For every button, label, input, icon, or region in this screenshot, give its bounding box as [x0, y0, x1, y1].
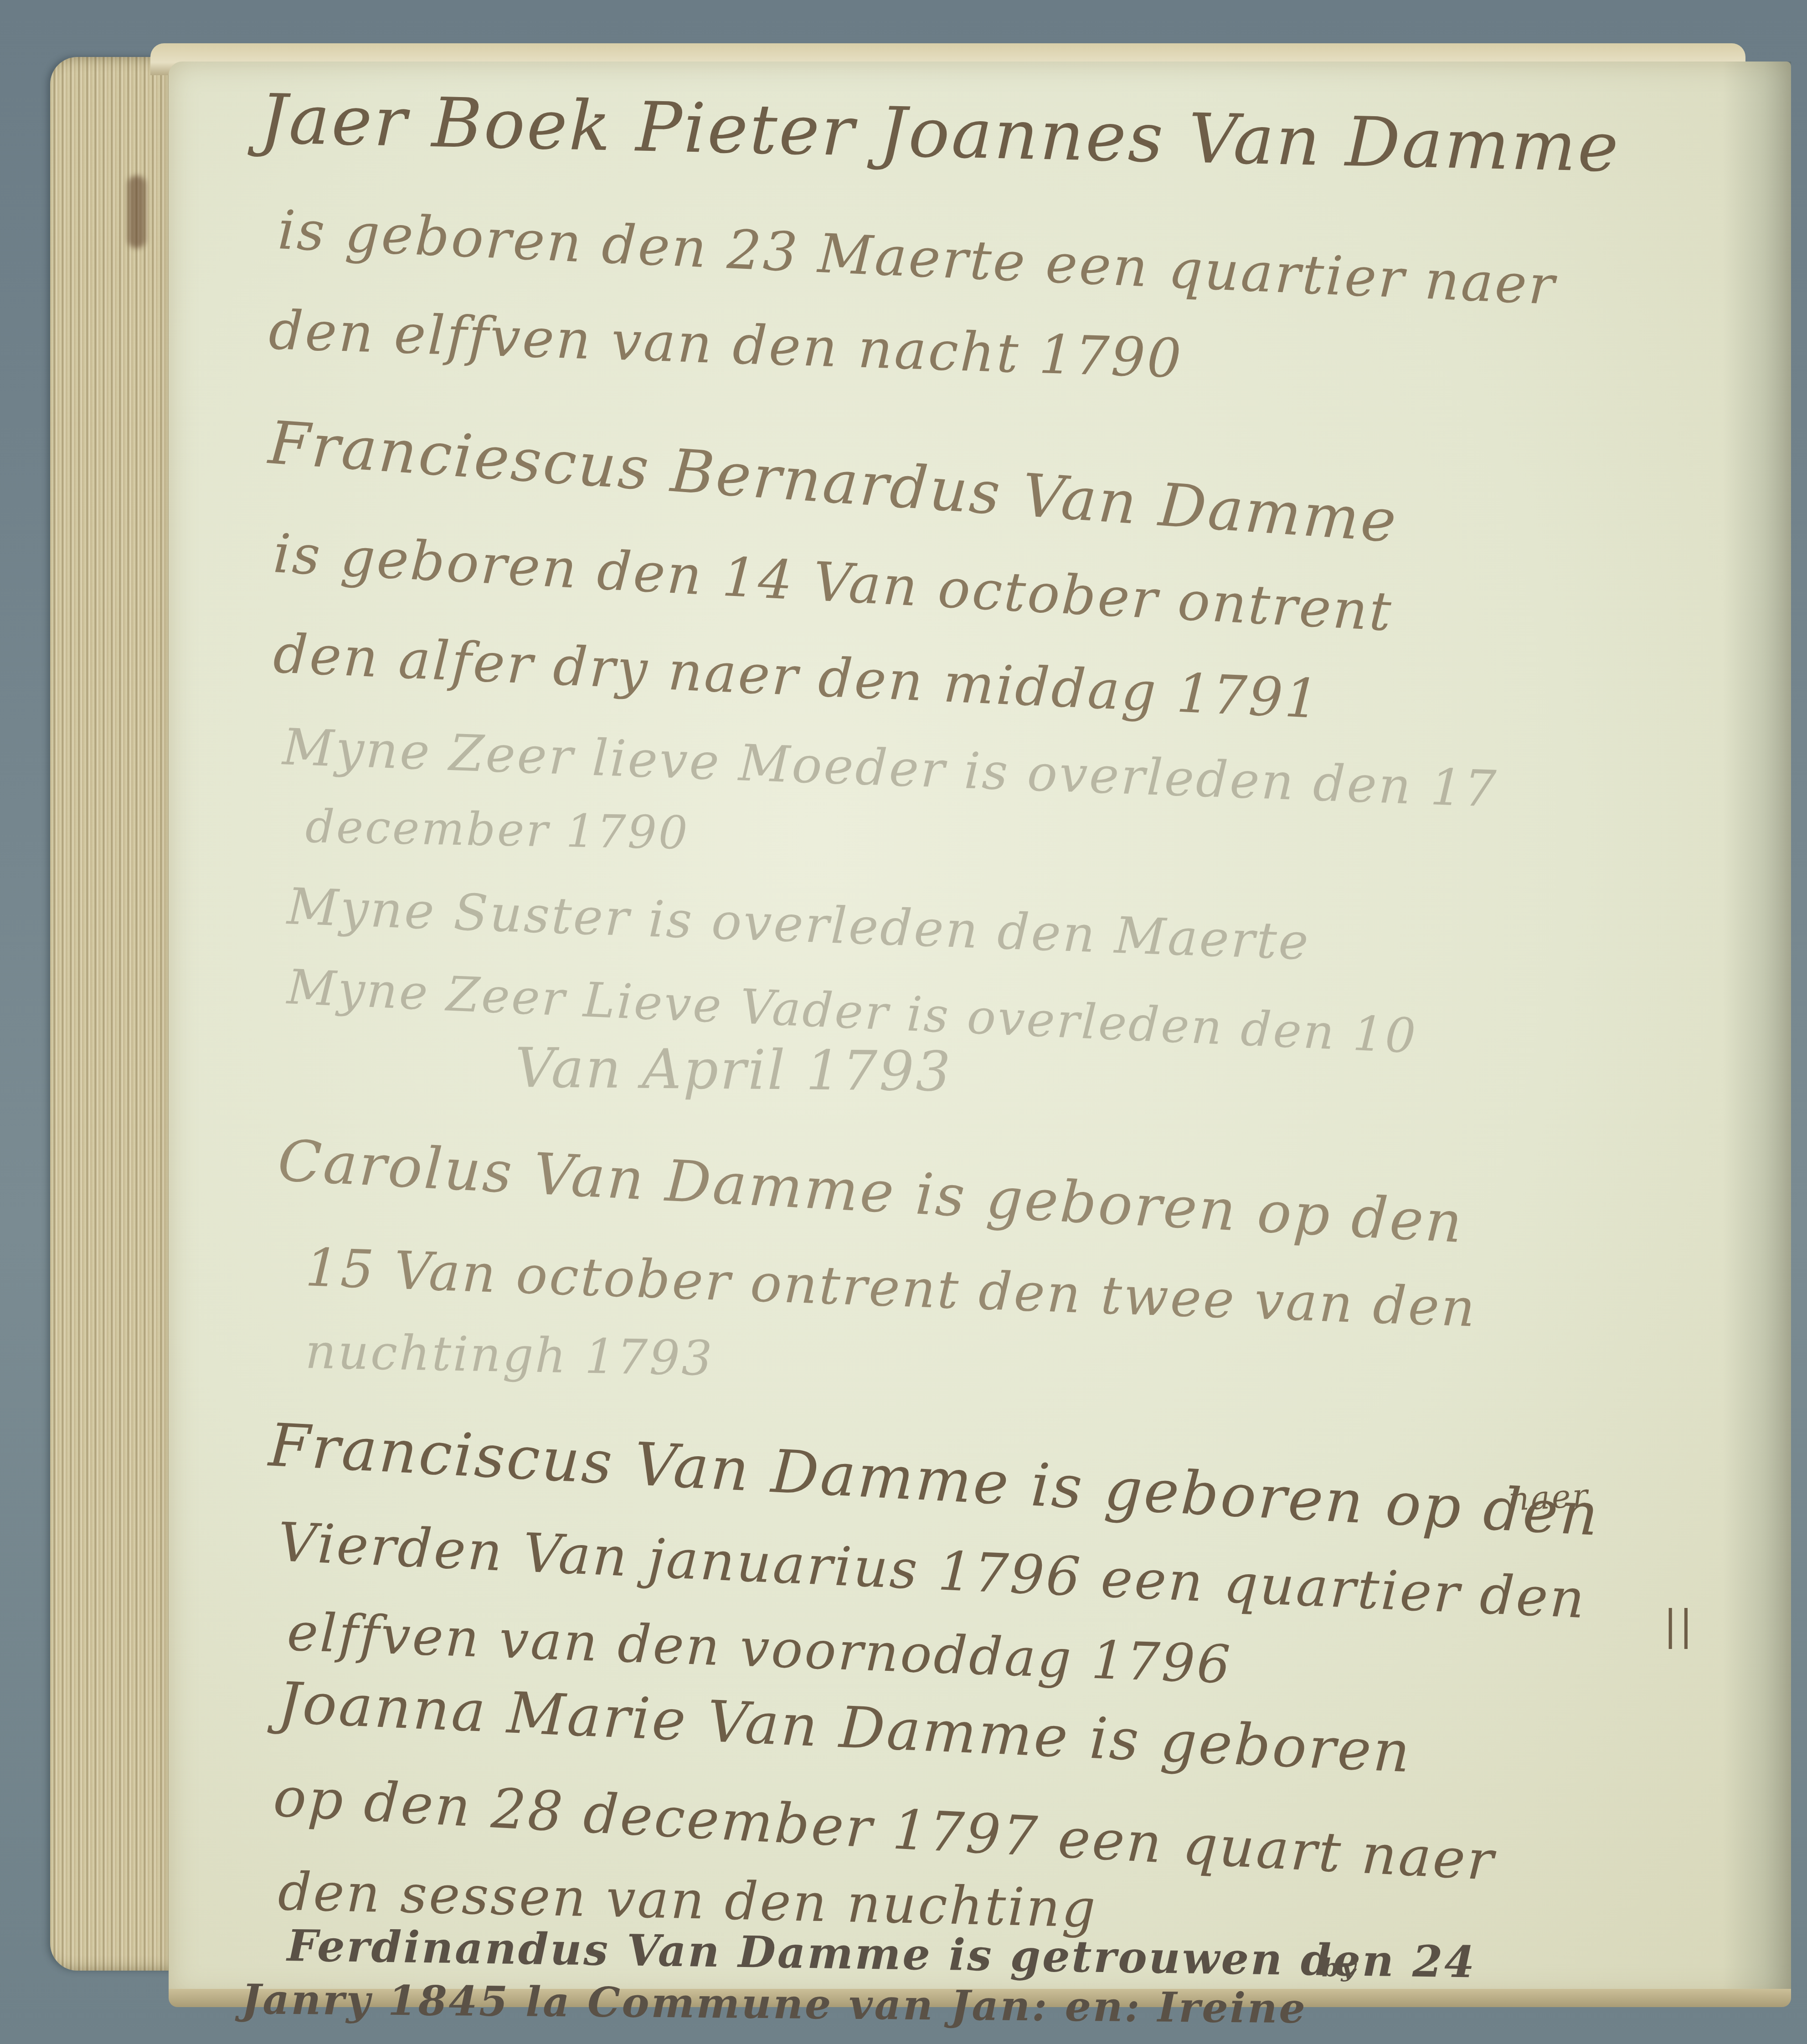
- entry-line: Joanna Marie Van Damme is geboren: [277, 1670, 1413, 1785]
- interlinear-note: naer: [1508, 1477, 1591, 1518]
- entry-line: den elffven van den nacht 1790: [268, 298, 1184, 390]
- manuscript-page: Jaer Boek Pieter Joannes Van Damme is ge…: [169, 62, 1791, 1998]
- faded-entry-line: Myne Suster is overleden den Maerte: [286, 877, 1311, 971]
- interlinear-note: by: [1322, 1952, 1357, 1982]
- later-entry-line: Janry 1845 la Commune van Jan: en: Irein…: [242, 1975, 1308, 2033]
- entry-line: Carolus Van Damme is geboren op den: [276, 1128, 1465, 1256]
- ink-stain: [128, 175, 146, 248]
- entry-line: Jaer Boek Pieter Joannes Van Damme: [259, 80, 1621, 187]
- entry-line: is geboren den 23 Maerte een quartier na…: [277, 198, 1558, 317]
- open-book: Jaer Boek Pieter Joannes Van Damme is ge…: [41, 43, 1791, 2003]
- margin-mark: ||: [1663, 1602, 1695, 1649]
- entry-line: nuchtingh 1793: [305, 1324, 715, 1387]
- faded-entry-line: december 1790: [305, 800, 690, 860]
- handwriting-block: Jaer Boek Pieter Joannes Van Damme is ge…: [260, 62, 1764, 1998]
- entry-line: 15 Van october ontrent den twee van den: [304, 1237, 1478, 1339]
- faded-entry-line: Van April 1793: [515, 1037, 952, 1104]
- entry-line: den alfer dry naer den middag 1791: [272, 622, 1322, 730]
- page-stack-edge: [50, 57, 182, 1971]
